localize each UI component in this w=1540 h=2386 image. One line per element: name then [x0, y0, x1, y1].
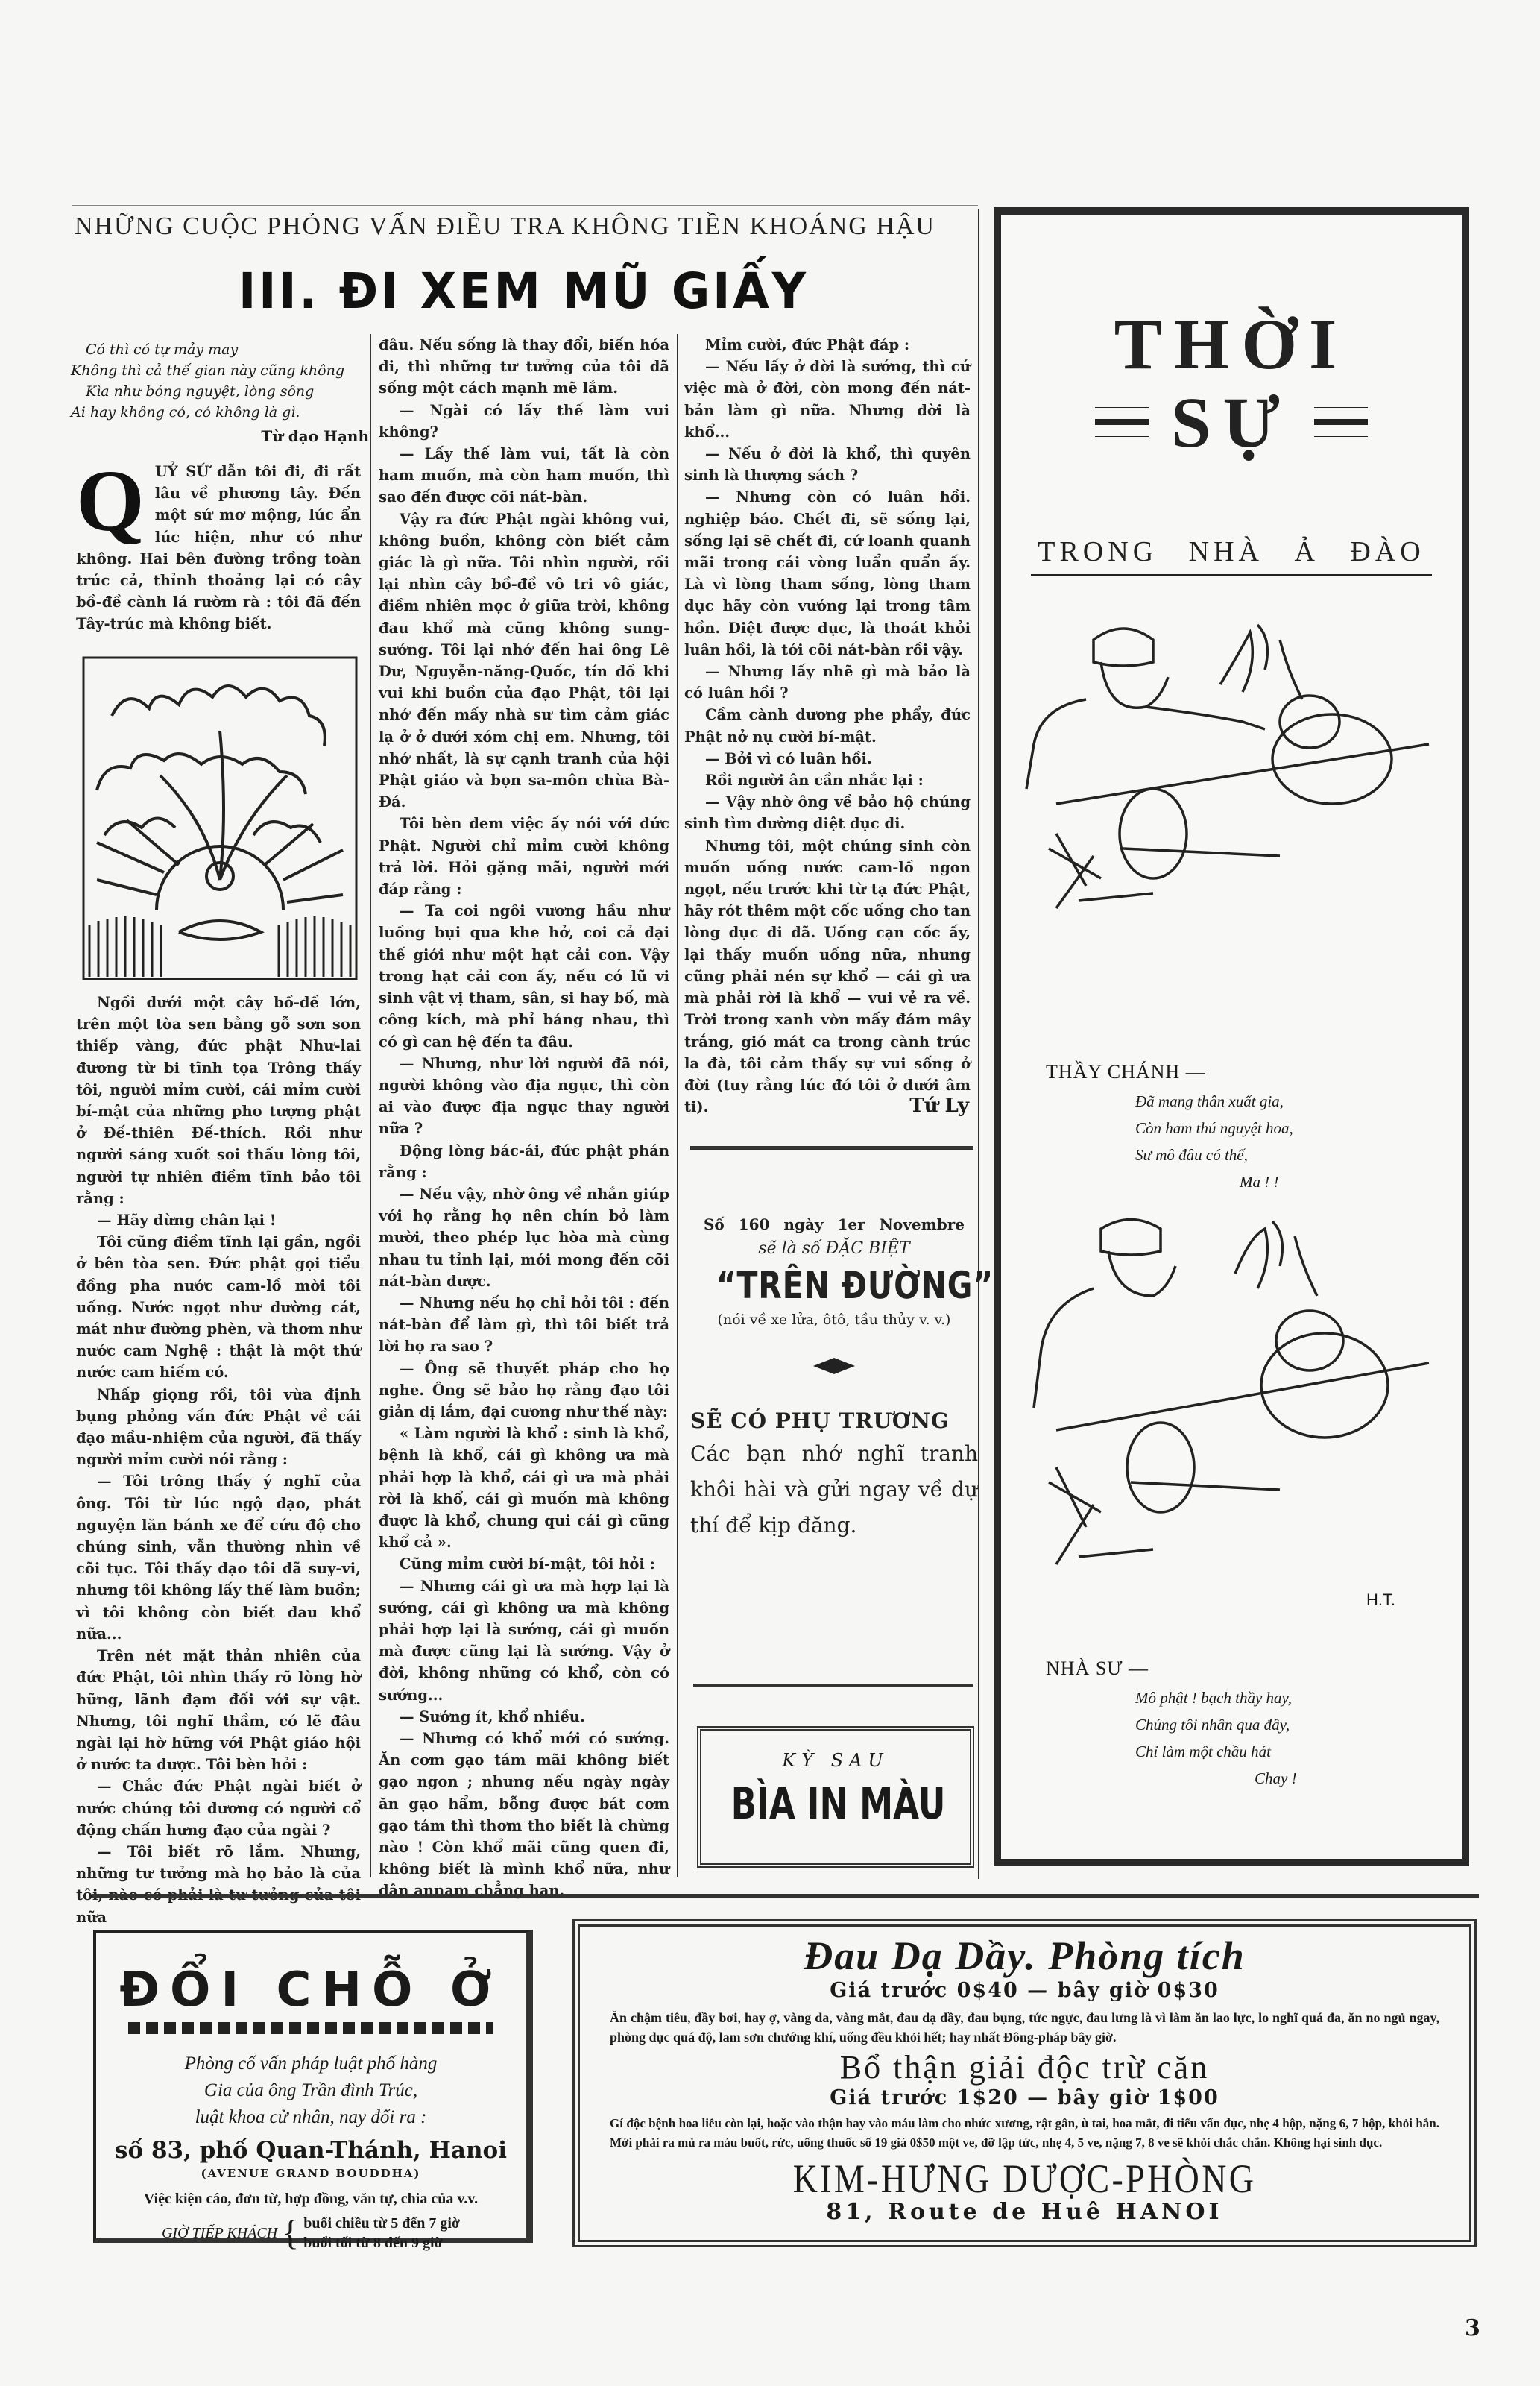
paragraph: — Nhưng có khổ mới có sướng. Ăn cơm gạo …	[379, 1728, 669, 1902]
panel1-verse: Đã mang thân xuất gia, Còn ham thú nguyệ…	[1046, 1088, 1433, 1195]
ad2-title1: Đau Dạ Dầy. Phòng tích	[580, 1933, 1469, 1979]
paragraph: đâu. Nếu sống là thay đổi, biến hóa đi, …	[379, 334, 669, 400]
ornament-rule-icon	[1314, 407, 1368, 438]
checker-ornament-icon	[128, 2022, 493, 2034]
paragraph: Vậy ra đức Phật ngài không vui, không bu…	[379, 509, 669, 813]
section-rule	[693, 1684, 973, 1687]
verse-line: Sư mô đâu có thế,	[1135, 1142, 1433, 1168]
paragraph: — Nhưng, như lời người đã nói, người khô…	[379, 1053, 669, 1140]
ad2-price2: Giá trước 1$20 — bây giờ 1$00	[580, 2086, 1469, 2109]
epigraph-line: Ai hay không có, có không là gì.	[71, 402, 369, 423]
notice-special-line: sẽ là số ĐẶC BIỆT	[690, 1239, 978, 1258]
paragraph: — Nhưng còn có luân hồi. nghiệp báo. Chế…	[684, 486, 971, 661]
paragraph: Nhấp giọng rồi, tôi vừa định bụng phỏng …	[76, 1384, 361, 1471]
paragraph: — Nếu lấy ở đời là sướng, thì cứ việc mà…	[684, 356, 971, 443]
epigraph: Có thì có tự mảy may Không thì cả thế gi…	[71, 339, 369, 447]
column-divider	[370, 334, 371, 1877]
panel2-caption: NHÀ SƯ — Mô phật ! bạch thầy hay, Chúng …	[1046, 1658, 1448, 1792]
ad1-hours: GIỜ TIẾP KHÁCH { buổi chiều từ 5 đến 7 g…	[96, 2214, 526, 2253]
paragraph: — Ngài có lấy thế làm vui không?	[379, 400, 669, 443]
paragraph: — Nếu vậy, nhờ ông về nhắn giúp với họ r…	[379, 1183, 669, 1292]
supplement-title: SẼ CÓ PHỤ TRƯƠNG	[690, 1408, 978, 1433]
article-column-1-bottom: Ngồi dưới một cây bồ-đề lớn, trên một tò…	[76, 992, 361, 1928]
monk-praying-cartoon-illustration	[1012, 1206, 1459, 1594]
paragraph: — Sướng ít, khổ nhiều.	[379, 1706, 669, 1728]
bodhi-tree-woodcut-illustration	[82, 656, 358, 980]
paragraph: Động lòng bác-ái, đức phật phán rằng :	[379, 1140, 669, 1183]
article-column-2: đâu. Nếu sống là thay đổi, biến hóa đi, …	[379, 334, 669, 1902]
ornament-rule-icon	[1095, 407, 1149, 438]
intro-line: Phòng cố vấn pháp luật phố hàng	[96, 2050, 526, 2077]
verse-line: Mô phật ! bạch thầy hay,	[1135, 1684, 1448, 1711]
article-signature: Tứ Ly	[820, 1095, 969, 1117]
paragraph: Nhưng tôi, một chúng sinh còn muốn uống …	[684, 835, 971, 1118]
advertisement-pharmacy: Đau Dạ Dầy. Phòng tích Giá trước 0$40 — …	[572, 1919, 1477, 2247]
notice-issue-line: Số 160 ngày 1er Novembre	[690, 1215, 978, 1233]
paragraph: — Chắc đức Phật ngài biết ở nước chúng t…	[76, 1775, 361, 1841]
ad2-desc2: Gí độc bệnh hoa liễu còn lại, hoặc vào t…	[580, 2109, 1469, 2153]
ad1-address: số 83, phố Quan-Thánh, Hanoi	[96, 2137, 526, 2164]
column-divider	[677, 334, 678, 1877]
paragraph: Tôi cũng điềm tĩnh lại gần, ngồi ở bên t…	[76, 1231, 361, 1383]
panel1-speaker: THẦY CHÁNH —	[1046, 1061, 1433, 1083]
diamond-ornament-icon	[813, 1358, 855, 1374]
intro-line: luật khoa cử nhân, nay đổi ra :	[96, 2104, 526, 2131]
notice-subtitle: (nói về xe lửa, ôtô, tầu thủy v. v.)	[690, 1312, 978, 1328]
epigraph-line: Kìa như bóng nguyệt, lòng sông	[71, 381, 369, 402]
monk-and-nun-cartoon-illustration	[1012, 610, 1459, 923]
cartoon-title-line1: THỜI	[1001, 303, 1462, 385]
paragraph: — Tôi biết rõ lắm. Nhưng, những tư tưởng…	[76, 1841, 361, 1928]
epigraph-line: Có thì có tự mảy may	[71, 339, 369, 360]
verse-line: Chúng tôi nhân qua đây,	[1135, 1711, 1448, 1738]
paragraph: Tôi bèn đem việc ấy nói với đức Phật. Ng…	[379, 813, 669, 900]
hours-line: buổi chiều từ 5 đến 7 giờ	[303, 2214, 460, 2233]
panel2-verse: Mô phật ! bạch thầy hay, Chúng tôi nhân …	[1046, 1684, 1448, 1792]
verse-line: Chỉ làm một chầu hát	[1135, 1738, 1448, 1765]
next-issue-title: BÌA IN MÀU	[731, 1778, 941, 1829]
series-kicker: NHỮNG CUỘC PHỎNG VẤN ĐIỀU TRA KHÔNG TIỀN…	[75, 213, 969, 241]
paragraph: — Hãy dừng chân lại !	[76, 1209, 361, 1231]
verse-line: Chay !	[1135, 1765, 1448, 1792]
paragraph: — Ta coi ngôi vương hầu như luồng bụi qu…	[379, 900, 669, 1052]
paragraph: Mỉm cười, đức Phật đáp :	[684, 334, 971, 356]
hours-label: GIỜ TIẾP KHÁCH	[162, 2225, 277, 2242]
next-issue-box: KỲ SAU BÌA IN MÀU	[697, 1726, 974, 1868]
cartoon-title-line2-wrap: SỰ	[1001, 381, 1462, 464]
paragraph: Cầm cành dương phe phẩy, đức Phật nở nụ …	[684, 704, 971, 747]
paragraph: — Nhưng nếu họ chỉ hỏi tôi : đến nát-bàn…	[379, 1292, 669, 1358]
paragraph: — Nhưng lấy nhẽ gì mà bảo là có luân hồi…	[684, 661, 971, 704]
verse-line: Ma ! !	[1135, 1168, 1433, 1195]
paragraph: — Nhưng cái gì ưa mà hợp lại là sướng, c…	[379, 1576, 669, 1706]
brace-icon: {	[282, 2215, 299, 2251]
article-column-1-top: QUỶ SỨ dẫn tôi đi, đi rất lâu về phương …	[76, 461, 361, 635]
cartoon-title-line2: SỰ	[1171, 381, 1292, 464]
notice-title: “TRÊN ĐƯỜNG”	[716, 1264, 953, 1307]
intro-line: Gia của ông Trần đình Trúc,	[96, 2077, 526, 2104]
panel1-caption: THẦY CHÁNH — Đã mang thân xuất gia, Còn …	[1046, 1061, 1433, 1195]
column-divider	[978, 209, 979, 1879]
cartoon-panel-thoi-su: THỜI SỰ TRONG NHÀ Ả ĐÀO THẦY CHÁNH — Đã …	[994, 207, 1469, 1866]
ad2-price1: Giá trước 0$40 — bây giờ 0$30	[580, 1979, 1469, 2002]
paragraph: — Tôi trông thấy ý nghĩ của ông. Tôi từ …	[76, 1470, 361, 1645]
supplement-text: Các bạn nhớ nghĩ tranh khôi hài và gửi n…	[690, 1436, 978, 1543]
panel2-speaker: NHÀ SƯ —	[1046, 1658, 1448, 1680]
cartoon-subtitle: TRONG NHÀ Ả ĐÀO	[1031, 535, 1432, 576]
verse-line: Đã mang thân xuất gia,	[1135, 1088, 1433, 1115]
artist-signature: H.T.	[1366, 1590, 1395, 1610]
paragraph: « Làm người là khổ : sinh là khổ, bệnh l…	[379, 1423, 669, 1553]
ad2-title2: Bổ thận giải độc trừ căn	[580, 2048, 1469, 2086]
verse-line: Còn ham thú nguyệt hoa,	[1135, 1115, 1433, 1142]
paragraph: — Nếu ở đời là khổ, thì quyên sinh là th…	[684, 443, 971, 486]
section-rule	[92, 1894, 1479, 1898]
ad1-intro: Phòng cố vấn pháp luật phố hàng Gia của …	[96, 2050, 526, 2131]
epigraph-line: Không thì cả thế gian này cũng không	[71, 360, 369, 381]
drop-cap: Q	[76, 465, 145, 537]
hours-line: buổi tối từ 8 đến 9 giờ	[303, 2233, 460, 2253]
next-issue-label: KỲ SAU	[701, 1750, 970, 1771]
ad2-desc1: Ăn chậm tiêu, đầy bơi, hay ợ, vàng da, v…	[580, 2002, 1469, 2047]
ad2-shop-address: 81, Route de Huê HANOI	[580, 2199, 1469, 2225]
ad1-services: Việc kiện cáo, đơn từ, hợp đồng, văn tự,…	[96, 2191, 526, 2208]
section-rule	[690, 1146, 973, 1150]
article-headline: III. ĐI XEM MŨ GIẤY	[239, 262, 809, 320]
buddha-tree-icon	[82, 656, 358, 980]
paragraph: Rồi người ân cần nhắc lại :	[684, 769, 971, 791]
paragraph: — Vậy nhờ ông về bảo hộ chúng sinh tìm đ…	[684, 791, 971, 834]
special-issue-notice: Số 160 ngày 1er Novembre sẽ là số ĐẶC BI…	[690, 1215, 978, 1543]
paragraph: — Ông sẽ thuyết pháp cho họ nghe. Ông sẽ…	[379, 1358, 669, 1423]
epigraph-author: Từ đạo Hạnh	[71, 426, 369, 447]
paragraph: — Lấy thế làm vui, tất là còn ham muốn, …	[379, 443, 669, 509]
ad2-shop: KIM-HƯNG DƯỢC-PHÒNG	[646, 2156, 1402, 2202]
ad1-address-fr: (AVENUE GRAND BOUDDHA)	[96, 2167, 526, 2180]
article-column-3: Mỉm cười, đức Phật đáp : — Nếu lấy ở đời…	[684, 334, 971, 1118]
paragraph: Trên nét mặt thản nhiên của đức Phật, tô…	[76, 1645, 361, 1775]
page-number: 3	[1465, 2315, 1480, 2341]
paragraph: Ngồi dưới một cây bồ-đề lớn, trên một tò…	[76, 992, 361, 1209]
paragraph: — Bởi vì có luân hồi.	[684, 748, 971, 769]
advertisement-office-move: ĐỔI CHỖ Ở Phòng cố vấn pháp luật phố hàn…	[93, 1930, 533, 2243]
paragraph: Cũng mỉm cười bí-mật, tôi hỏi :	[379, 1553, 669, 1575]
ad1-title: ĐỔI CHỖ Ở	[96, 1962, 526, 2018]
header-rule	[72, 205, 978, 206]
